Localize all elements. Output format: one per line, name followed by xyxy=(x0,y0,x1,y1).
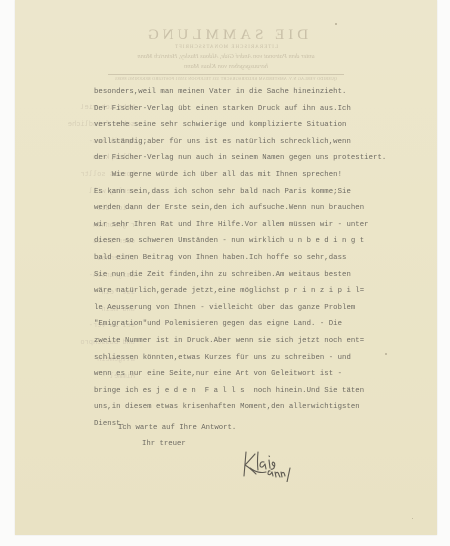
letter-line: der Fischer-Verlag nun auch in seinem Na… xyxy=(94,150,439,167)
paper-speck xyxy=(335,23,337,25)
letter-line: Der Fischer-Verlag übt einen starken Dru… xyxy=(94,101,439,118)
letter-line: wenn es nur eine Seite,nur eine Art von … xyxy=(94,366,439,383)
letter-closing: Ich warte auf Ihre Antwort. Ihr treuer xyxy=(118,420,236,452)
letter-line: zweite Nummer ist in Druck.Aber wenn sie… xyxy=(94,333,439,350)
letterhead-showthrough: DIE SAMMLUNG LITERARISCHE MONATSSCHRIFT … xyxy=(15,26,437,83)
letter-line: vollständig;aber für uns ist es natürlic… xyxy=(94,134,439,151)
letter-line: besonders,weil man meinen Vater in die S… xyxy=(94,84,439,101)
letter-line: uns,in diesem etwas krisenhaften Moment,… xyxy=(94,399,439,416)
letter-line: le Aeusserung von Ihnen - vielleicht übe… xyxy=(94,300,439,317)
signature-icon xyxy=(240,448,300,482)
letter-line: Wie gerne würde ich über all das mit Ihn… xyxy=(94,167,439,184)
letterhead-editor: herausgegeben von Klaus Mann xyxy=(15,62,437,71)
handwritten-signature xyxy=(240,448,300,482)
letterhead-title: DIE SAMMLUNG xyxy=(15,26,437,44)
letterhead-subtitle: LITERARISCHE MONATSSCHRIFT xyxy=(15,44,437,52)
letter-line: werden dann der Erste sein,den ich aufsu… xyxy=(94,200,439,217)
closing-line: Ich warte auf Ihre Antwort. xyxy=(118,420,236,436)
letter-line: wir sehr Ihren Rat und Ihre Hilfe.Vor al… xyxy=(94,217,439,234)
letter-body: besonders,weil man meinen Vater in die S… xyxy=(94,84,439,432)
letter-line: Sie nun die Zeit finden,ihn zu schreiben… xyxy=(94,267,439,284)
letter-line: verstehe seine sehr schwierige und kompl… xyxy=(94,117,439,134)
letterhead-patrons: unter dem Patronat von André Gide, Aldou… xyxy=(15,52,437,62)
letter-line: diesen so schweren Umständen - nun wirkl… xyxy=(94,233,439,250)
closing-regards: Ihr treuer xyxy=(118,436,236,452)
letter-line: Es kann sein,dass ich schon sehr bald na… xyxy=(94,184,439,201)
letter-line: bringe ich es j e d e n F a l l s noch h… xyxy=(94,383,439,400)
letter-line: wäre natürlich,gerade jetzt,eine möglich… xyxy=(94,283,439,300)
letter-line: schliessen könnten,etwas Kurzes für uns … xyxy=(94,350,439,367)
paper-speck xyxy=(412,518,413,519)
letterhead-address: QUERIDO VERLAG N.V. AMSTERDAM KEIZERSGRA… xyxy=(15,75,437,83)
letter-line: bald einen Beitrag von Ihnen haben.Ich h… xyxy=(94,250,439,267)
letter-line: "Emigration"und Polemisieren gegen das e… xyxy=(94,316,439,333)
